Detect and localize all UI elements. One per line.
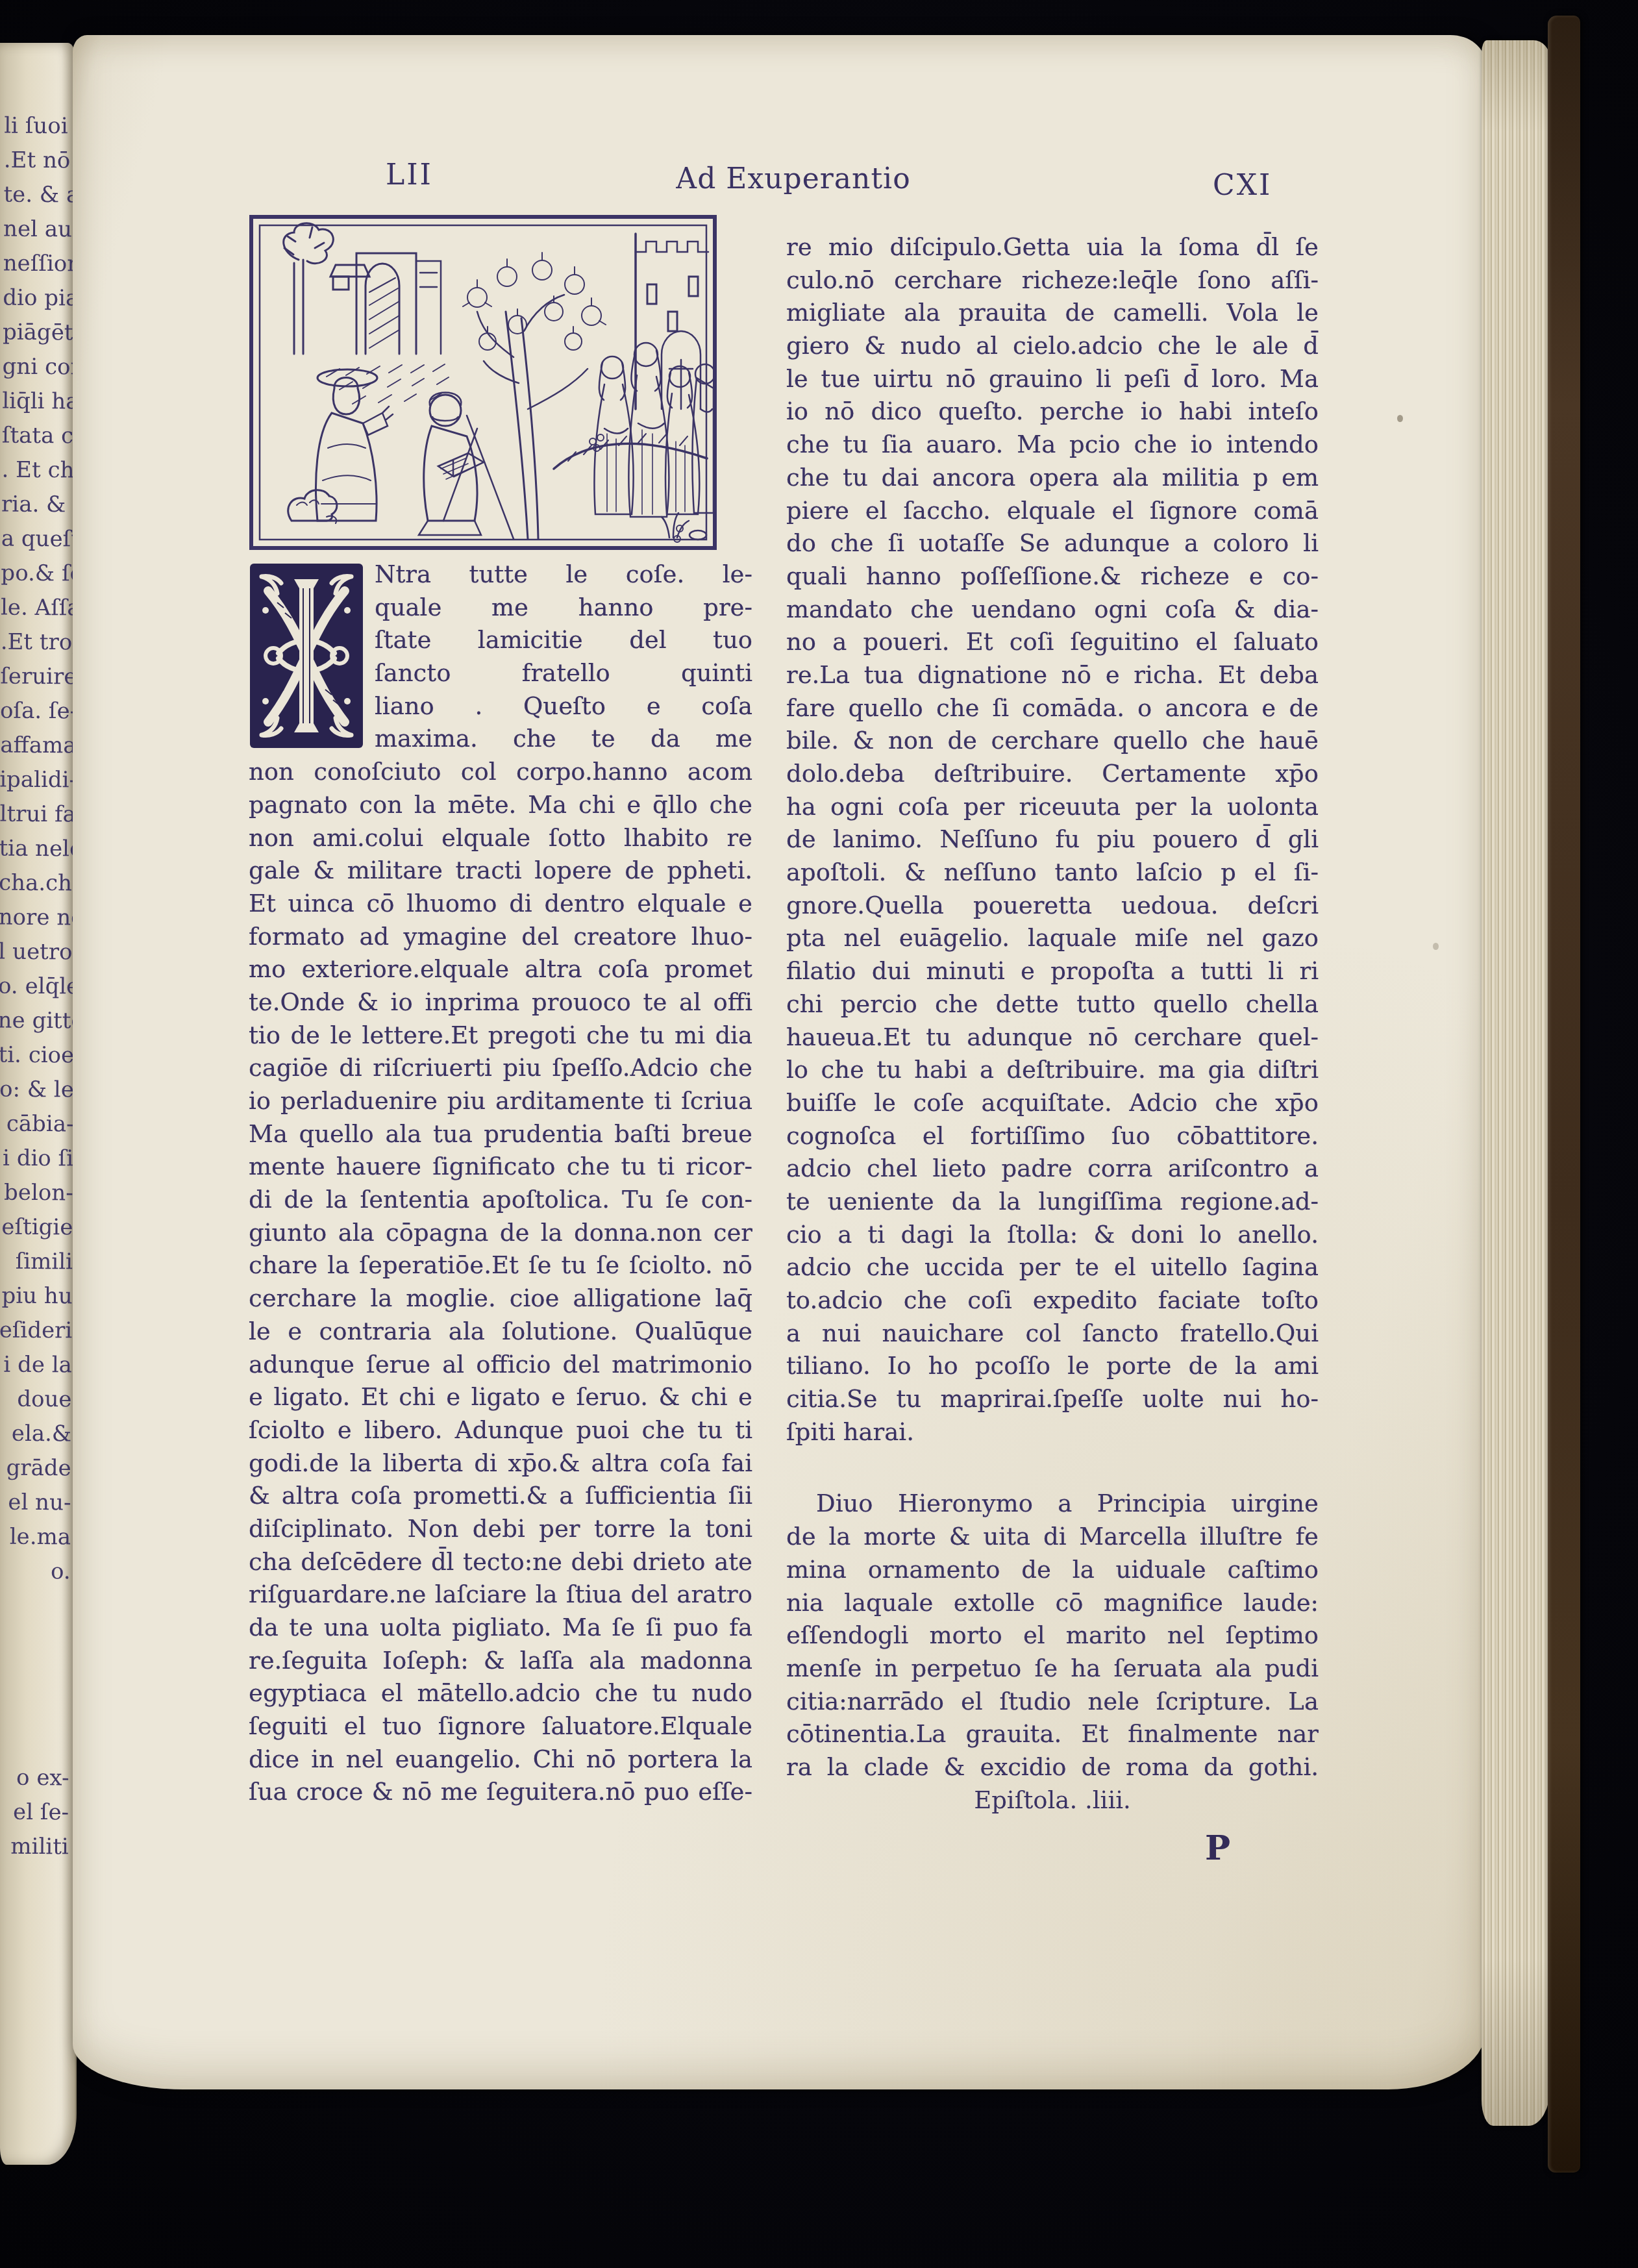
text-line: te.Onde & io inprima prouoco te al offi: [249, 986, 752, 1019]
woodcut-illustration: [249, 214, 717, 551]
text-line: .Et nō ſo: [4, 143, 77, 179]
text-line: che tu dai ancora opera ala militia p em: [786, 462, 1319, 495]
text-line: ne gitto: [0, 1004, 75, 1039]
text-line: cerchare la moglie. cioe alligatione laq…: [249, 1282, 752, 1315]
folio-number-verso: LII: [386, 158, 433, 192]
text-line: maxima. che te da me: [375, 723, 752, 756]
text-line: mente hauere ſignificato che tu ti ricor…: [249, 1151, 752, 1184]
text-line: formato ad ymagine del creatore lhuo-: [249, 921, 752, 954]
text-line: citia.Se tu maprirai.ſpeſſe uolte nui ho…: [786, 1383, 1319, 1416]
text-line: Diuo Hieronymo a Principia uirgine: [786, 1488, 1319, 1521]
text-line: liano . Queſto e coſa: [375, 690, 752, 723]
text-line: militi: [0, 1830, 69, 1865]
text-line: affama: [0, 729, 77, 764]
text-line: ra la clade & excidio de roma da gothi.: [786, 1751, 1319, 1784]
text-line: . Et che: [1, 453, 77, 488]
text-line: dio pia-: [3, 281, 77, 316]
text-line: belon-: [0, 1176, 73, 1211]
text-line: cābia-: [0, 1107, 74, 1142]
text-line: tio de le lettere.Et pregoti che tu mi d…: [249, 1019, 752, 1053]
text-line: a nui nauichare col ſancto fratello.Qui: [786, 1317, 1319, 1351]
text-line: gale & militare tracti lopere de ppheti.: [249, 854, 752, 888]
text-line: eſideri: [0, 1314, 72, 1349]
text-line: piāgēte: [3, 316, 77, 351]
text-line: o. elq̄le: [0, 969, 75, 1004]
text-line: oſa. ſe-: [0, 694, 77, 729]
text-line: lo che tu habi a deſtribuire. ma gia diſ…: [786, 1054, 1319, 1087]
text-line: Ntra tutte le coſe. le-: [375, 558, 752, 592]
text-line: cio a ti dagi la ſtolla: & doni lo anell…: [786, 1219, 1319, 1252]
text-line: cognoſca el fortiſſimo ſuo cōbattitore.: [786, 1120, 1319, 1153]
text-line: migliate ala prauita de camelli. Vola le: [786, 297, 1319, 330]
leather-cover-edge: [1548, 16, 1580, 2173]
text-line: nia laquale extolle cō magnifice laude:: [786, 1587, 1319, 1620]
text-line: neſſione: [3, 247, 77, 282]
text-line: cha.che: [0, 866, 75, 901]
text-line: do che ſi uotaſſe Se adunque a coloro li: [786, 527, 1319, 560]
text-line: ti. cioe: [0, 1038, 74, 1073]
text-line: el nu-: [0, 1486, 71, 1521]
text-line: adunque ſerue al officio del matrimonio: [249, 1349, 752, 1382]
text-line: riſguardare.ne laſciare la ſtiua del ara…: [249, 1578, 752, 1612]
text-line: filatio dui minuti e propoſta a tutti li…: [786, 955, 1319, 988]
text-line: citia:narrādo el ſtudio nele ſcripture. …: [786, 1686, 1319, 1719]
text-line: pta nel euāgelio. laquale miſe nel gazo: [786, 922, 1319, 955]
right-column-argument-paragraph: Diuo Hieronymo a Principia uirginede la …: [786, 1488, 1319, 1784]
text-line: mandato che uendano ogni coſa & dia-: [786, 593, 1319, 627]
text-line: nel auac: [3, 212, 77, 247]
text-line: piere el ſaccho. elquale el ſignore comā: [786, 495, 1319, 528]
text-line: pagnato con la mēte. Ma chi e q̄llo che: [249, 789, 752, 822]
text-line: giero & nudo al cielo.adcio che le ale d…: [786, 330, 1319, 363]
text-line: ſpiti harai.: [786, 1416, 1319, 1449]
paper-speck: [1433, 943, 1439, 950]
text-line: re.ſeguita Ioſeph: & laſſa ala madonna: [249, 1645, 752, 1678]
text-column-left: Ntra tutte le coſe. le-quale me hanno pr…: [249, 558, 752, 1818]
text-line: [0, 1658, 70, 1693]
text-line: ſtata ca: [2, 419, 77, 454]
text-line: mo exteriore.elquale altra coſa promet: [249, 953, 752, 986]
text-line: de lanimo. Neſſuno fu piu pouero d̄ gli: [786, 823, 1319, 856]
book-photograph: li ſuoi tra.Et nō ſote. & abanel auacneſ…: [0, 0, 1638, 2268]
text-line: ltrui fa: [0, 797, 76, 832]
text-line: godi.de la liberta di xp̄o.& altra coſa …: [249, 1447, 752, 1480]
paragraph-gap: [786, 1449, 1319, 1488]
text-line: de la morte & uita di Marcella illuſtre …: [786, 1521, 1319, 1554]
text-line: le e contraria ala ſolutione. Qualūque: [249, 1315, 752, 1349]
text-line: ſua croce & nō me ſeguitera.nō puo eſſe-: [249, 1776, 752, 1809]
text-line: no a poueri. Et coſi ſeguitino el ſaluat…: [786, 626, 1319, 659]
text-line: a queſto: [1, 522, 77, 557]
text-line: tiliano. Io ho pcoſſo le porte de la ami: [786, 1350, 1319, 1383]
text-line: bile. & non de cerchare quello che hauē: [786, 725, 1319, 758]
book-page: LII Ad Exuperantio CXI: [73, 35, 1485, 2089]
text-line: piu hu: [0, 1279, 73, 1314]
text-line: da te una uolta pigliato. Ma ſe ſi puo f…: [249, 1612, 752, 1645]
text-line: l uetro.: [0, 935, 75, 970]
text-line: [0, 1589, 71, 1624]
text-line: re.La tua dignatione nō e richa. Et deba: [786, 659, 1319, 692]
text-line: le.ma: [0, 1520, 71, 1555]
text-line: fare quello che ſi comāda. o ancora e de: [786, 692, 1319, 725]
text-line: to.adcio che coſi expedito faciate toſto: [786, 1284, 1319, 1317]
paper-speck: [1397, 415, 1403, 422]
text-line: i dio ſi: [0, 1141, 73, 1177]
text-line: tia nele: [0, 832, 76, 867]
text-line: culo.nō cerchare richeze:leq̄le ſono aſſ…: [786, 264, 1319, 297]
text-line: adcio che uccida per te el uitello ſagin…: [786, 1251, 1319, 1284]
folio-number-recto: CXI: [1213, 169, 1272, 202]
epistola-caption: Epiſtola. .liii.: [786, 1784, 1319, 1817]
text-line: haueua.Et tu adunque nō cerchare quel-: [786, 1021, 1319, 1054]
text-line: grāde: [0, 1451, 71, 1486]
text-line: [0, 1623, 70, 1658]
text-line: apoſtoli. & neſſuno tanto laſcio p el ſi…: [786, 856, 1319, 890]
text-line: o.: [0, 1554, 71, 1589]
text-line: te ueniente da la lungiſſima regione.ad-: [786, 1186, 1319, 1219]
text-line: chare la ſeperatiōe.Et ſe tu ſe ſciolto.…: [249, 1249, 752, 1282]
text-line: ſciolto e libero. Adunque puoi che tu ti: [249, 1414, 752, 1447]
text-line: Et uinca cō lhuomo di dentro elquale e: [249, 888, 752, 921]
text-line: .Et trop: [1, 625, 77, 660]
text-line: doue: [0, 1382, 72, 1417]
signature-mark: P: [1205, 1828, 1230, 1868]
text-line: ipalidi-: [0, 763, 76, 798]
text-line: & altra coſa prometti.& a ſufficientia ſ…: [249, 1480, 752, 1513]
text-line: ſancto fratello quinti: [375, 657, 752, 690]
text-line: ſimili: [0, 1245, 73, 1280]
text-line: po.& ſe: [1, 556, 77, 592]
text-line: non conoſciuto col corpo.hanno acom: [249, 756, 752, 789]
text-line: io perladuenire piu arditamente ti ſcriu…: [249, 1085, 752, 1118]
text-line: io nō dico queſto. perche io habi inteſo: [786, 395, 1319, 429]
text-line: dice in nel euangelio. Chi nō portera la: [249, 1743, 752, 1776]
text-line: re mio diſcipulo.Getta uia la ſoma d̄l ſ…: [786, 231, 1319, 264]
text-line: egyptiaca el mātello.adcio che tu nudo: [249, 1677, 752, 1710]
text-line: di de la ſententia apoſtolica. Tu ſe con…: [249, 1184, 752, 1217]
text-line: ria. & nō: [1, 488, 77, 523]
text-line: ha ogni coſa per riceuuta per la uolonta: [786, 791, 1319, 824]
text-line: diſciplinato. Non debi per torre la toni: [249, 1513, 752, 1546]
running-title: Ad Exuperantio: [676, 162, 910, 195]
text-line: le. Aſſai: [1, 591, 77, 626]
text-line: liq̄li ha-: [2, 384, 77, 419]
text-line: chi percio che dette tutto quello chella: [786, 988, 1319, 1021]
text-line: te. & aba: [3, 178, 77, 213]
text-line: gnore.Quella poueretta uedoua. deſcri: [786, 890, 1319, 923]
text-line: el ſe-: [0, 1795, 69, 1830]
text-line: adcio chel lieto padre corra ariſcontro …: [786, 1153, 1319, 1186]
facing-page-text-fragments: li ſuoi tra.Et nō ſote. & abanel auacneſ…: [0, 109, 77, 1865]
text-line: Ma quello ala tua prudentia baſti breue: [249, 1118, 752, 1151]
text-line: giunto ala cōpagna de la donna.non cer: [249, 1217, 752, 1250]
decorative-initial-I: [249, 562, 364, 749]
text-line: [0, 1726, 69, 1762]
text-line: ſeguiti el tuo ſignore ſaluatore.Elquale: [249, 1710, 752, 1743]
text-line: eſſendogli morto el marito nel ſeptimo: [786, 1619, 1319, 1652]
facing-page-edge: li ſuoi tra.Et nō ſote. & abanel auacneſ…: [0, 43, 77, 2165]
text-line: buiſſe le coſe acquiſtate. Adcio che xp̄…: [786, 1087, 1319, 1120]
text-line: li ſuoi tra: [4, 109, 77, 144]
text-line: dolo.deba deſtribuire. Certamente xp̄o: [786, 758, 1319, 791]
text-line: che tu ſia auaro. Ma pcio che io intendo: [786, 429, 1319, 462]
text-line: quali hanno poſſeſſione.& richeze e co-: [786, 560, 1319, 593]
text-line: ela.&: [0, 1417, 71, 1452]
text-line: o: & le: [0, 1073, 74, 1108]
text-line: o ex-: [0, 1761, 69, 1796]
text-line: cōtinentia.La grauita. Et finalmente nar: [786, 1718, 1319, 1751]
text-line: ſeruire.: [0, 660, 77, 695]
text-line: e ligato. Et chi e ligato e ſeruo. & chi…: [249, 1381, 752, 1414]
text-line: gni coſa.: [2, 350, 77, 385]
text-line: menſe in perpetuo ſe ha ſeruata ala pudi: [786, 1652, 1319, 1686]
right-column-letter-end: re mio diſcipulo.Getta uia la ſoma d̄l ſ…: [786, 231, 1319, 1449]
text-line: cha deſcēdere d̄l tecto:ne debi drieto a…: [249, 1546, 752, 1579]
text-line: eſtigie: [0, 1210, 73, 1245]
text-line: non ami.colui elquale ſotto lhabito re: [249, 822, 752, 855]
text-column-right: re mio diſcipulo.Getta uia la ſoma d̄l ſ…: [786, 231, 1319, 1867]
text-line: quale me hanno pre-: [375, 592, 752, 625]
text-line: ſtate lamicitie del tuo: [375, 624, 752, 657]
text-line: i de la: [0, 1348, 72, 1383]
text-line: cagiōe di riſcriuerti piu ſpeſſo.Adcio c…: [249, 1052, 752, 1085]
fore-edge-leaves: [1482, 40, 1550, 2126]
text-line: le tue uirtu nō grauino li peſi d̄ loro.…: [786, 363, 1319, 396]
text-line: mina ornamento de la uiduale caſtimo: [786, 1554, 1319, 1587]
text-line: [0, 1692, 69, 1727]
text-line: nore nel: [0, 901, 75, 936]
